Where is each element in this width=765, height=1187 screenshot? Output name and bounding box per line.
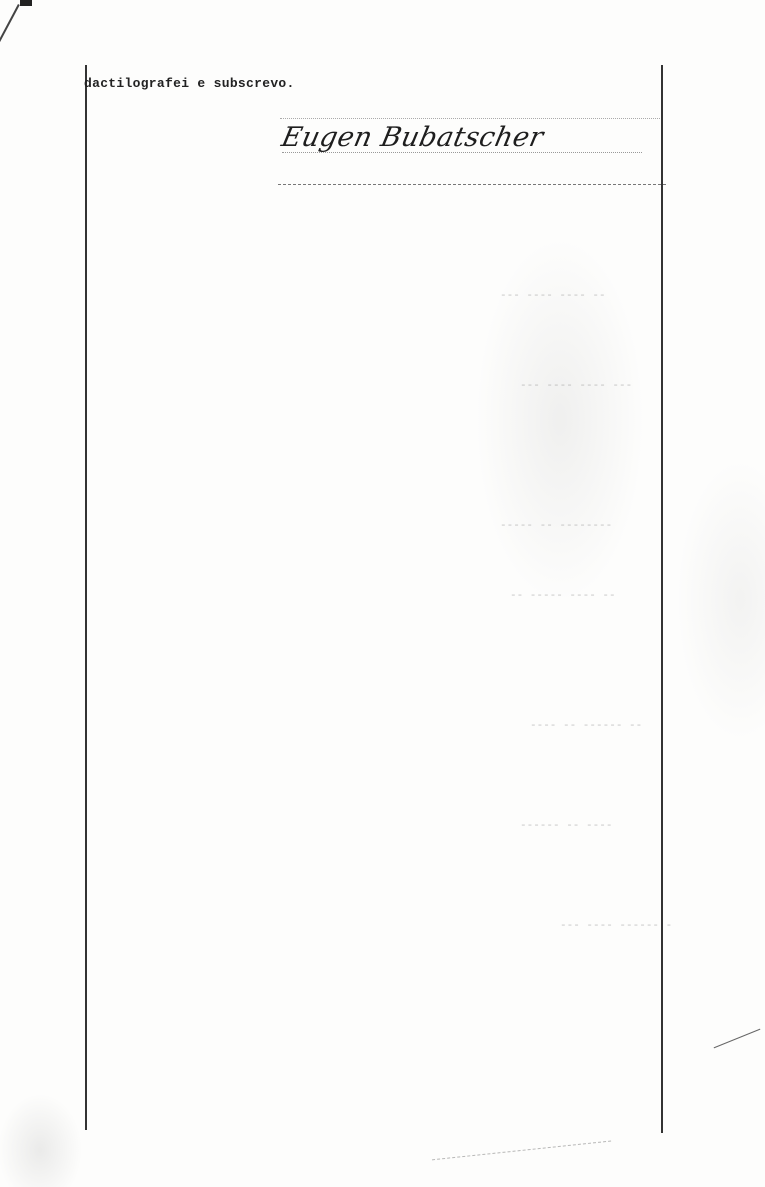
document-page: dactilografei e subscrevo. Eugen Bubatsc…	[0, 0, 765, 1187]
show-through-text: ---- -- ------ --	[530, 720, 642, 732]
dotted-rule-top	[280, 118, 660, 119]
signature-line	[282, 152, 642, 153]
dotted-rule-bottom	[278, 184, 666, 185]
show-through-text: ------ -- ----	[520, 820, 612, 832]
corner-scratch	[0, 4, 20, 47]
show-through-text: ----- -- --------	[500, 520, 612, 532]
show-through-text: --- ---- ---- --	[500, 290, 606, 302]
edge-scratch	[714, 1029, 761, 1049]
corner-mark	[20, 0, 32, 6]
show-through-text: -- ----- ---- --	[510, 590, 616, 602]
right-margin-line	[661, 65, 663, 1133]
left-margin-line	[85, 65, 87, 1130]
show-through-text: --- ---- ---- ---	[520, 380, 632, 392]
handwritten-signature: Eugen Bubatscher	[279, 122, 547, 153]
faint-stamp-trace	[429, 1111, 611, 1161]
show-through-text: --- ---- ------ -	[560, 920, 672, 932]
typed-closing-text: dactilografei e subscrevo.	[84, 76, 295, 91]
